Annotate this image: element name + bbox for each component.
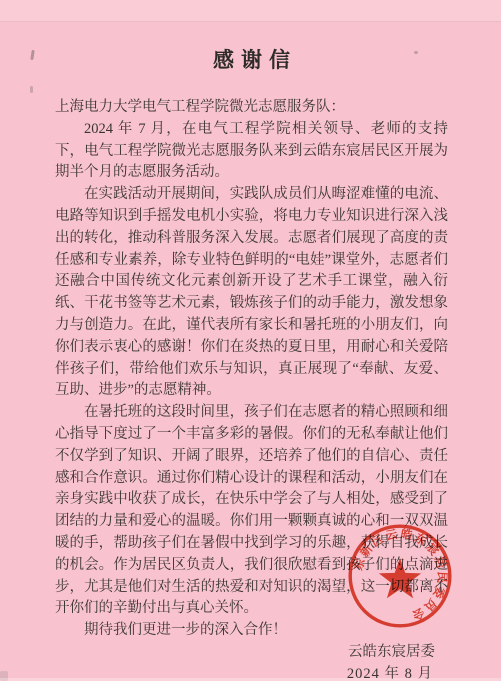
- scan-speck: [414, 51, 418, 54]
- paragraph-3: 在暑托班的这段时间里，孩子们在志愿者的精心照顾和细心指导下度过了一个丰富多彩的暑…: [55, 402, 448, 620]
- letter-paragraphs: 2024 年 7 月，在电气工程学院相关领导、老师的支持下，电气工程学院微光志愿…: [55, 119, 448, 642]
- letter-salutation: 上海电力大学电气工程学院微光志愿服务队：: [55, 97, 448, 119]
- signature-line: 云皓东宸居委: [55, 642, 448, 664]
- scanned-letter-page: 感谢信 上海电力大学电气工程学院微光志愿服务队： 2024 年 7 月，在电气工…: [0, 0, 501, 681]
- paragraph-4: 期待我们更进一步的深入合作！: [55, 620, 448, 642]
- paragraph-2: 在实践活动开展期间，实践队成员们从晦涩难懂的电流、电路等知识到手摇发电机小实验，…: [55, 184, 448, 402]
- letter-closing: 云皓东宸居委 2024 年 8 月: [55, 642, 448, 681]
- letter-title: 感谢信: [55, 44, 448, 74]
- scan-speck: [30, 86, 33, 93]
- scan-speck: [30, 50, 34, 60]
- paragraph-1: 2024 年 7 月，在电气工程学院相关领导、老师的支持下，电气工程学院微光志愿…: [55, 119, 448, 184]
- letter-body: 感谢信 上海电力大学电气工程学院微光志愿服务队： 2024 年 7 月，在电气工…: [55, 0, 448, 681]
